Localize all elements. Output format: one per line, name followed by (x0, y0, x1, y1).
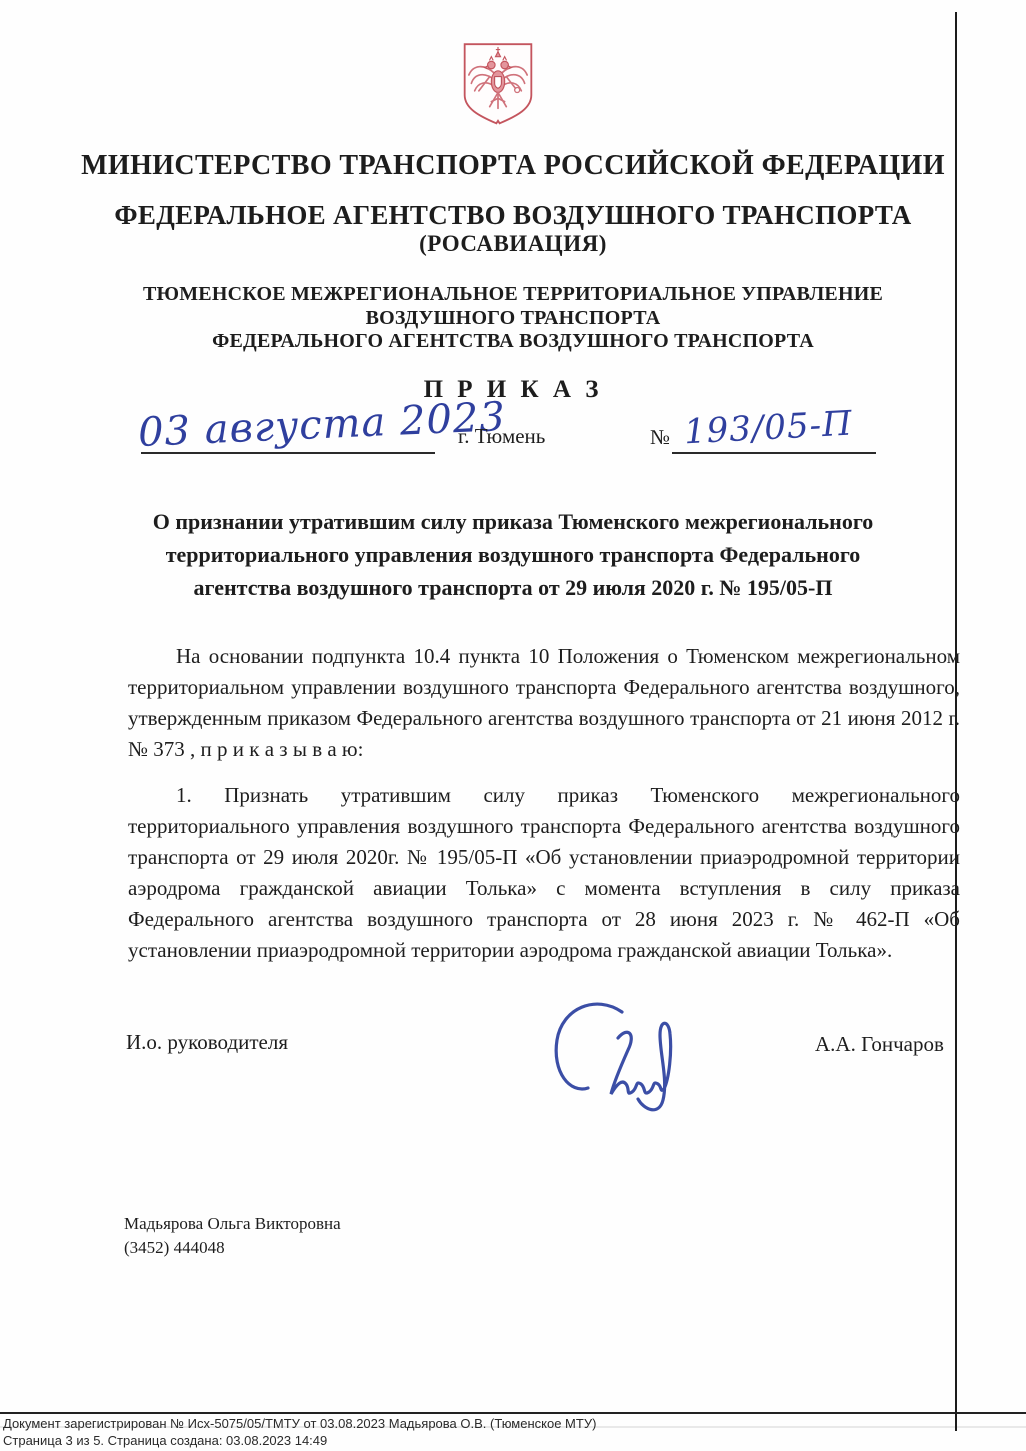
order-title-line1: О признании утратившим силу приказа Тюме… (0, 505, 1026, 538)
department-name-line2: ВОЗДУШНОГО ТРАНСПОРТА (0, 307, 1026, 330)
order-number-handwritten: 193/05-П (683, 404, 854, 453)
executor-name: Мадьярова Ольга Викторовна (124, 1212, 341, 1236)
executor-contact: Мадьярова Ольга Викторовна (3452) 444048 (124, 1212, 341, 1260)
department-name-line1: ТЮМЕНСКОЕ МЕЖРЕГИОНАЛЬНОЕ ТЕРРИТОРИАЛЬНО… (0, 283, 1026, 306)
executor-phone: (3452) 444048 (124, 1236, 341, 1260)
order-body-paragraph-1: На основании подпункта 10.4 пункта 10 По… (128, 641, 960, 765)
russia-coat-of-arms-icon (456, 40, 540, 135)
scanned-order-document: МИНИСТЕРСТВО ТРАНСПОРТА РОССИЙСКОЙ ФЕДЕР… (0, 0, 1026, 1451)
date-underline (141, 452, 435, 454)
signer-position: И.о. руководителя (126, 1030, 288, 1055)
order-number-sign: № (650, 425, 670, 450)
number-underline (672, 452, 876, 454)
footer-page-line: Страница 3 из 5. Страница создана: 03.08… (3, 1432, 596, 1449)
order-title-line2: территориального управления воздушного т… (0, 538, 1026, 571)
order-body-paragraph-2: 1. Признать утратившим силу приказ Тюмен… (128, 780, 960, 966)
order-title-line3: агентства воздушного транспорта от 29 ию… (0, 571, 1026, 604)
agency-abbreviation: (РОСАВИАЦИЯ) (0, 231, 1026, 257)
scan-artifact-line (955, 12, 957, 1431)
footer: Документ зарегистрирован № Исх-5075/05/Т… (3, 1415, 596, 1449)
department-name-line3: ФЕДЕРАЛЬНОГО АГЕНТСТВА ВОЗДУШНОГО ТРАНСП… (0, 330, 1026, 353)
agency-title: ФЕДЕРАЛЬНОЕ АГЕНТСТВО ВОЗДУШНОГО ТРАНСПО… (0, 200, 1026, 231)
order-heading: П Р И К А З (0, 376, 1026, 404)
signer-name: А.А. Гончаров (815, 1032, 944, 1057)
footer-divider (0, 1412, 1026, 1414)
footer-registration-line: Документ зарегистрирован № Исх-5075/05/Т… (3, 1415, 596, 1432)
ministry-title: МИНИСТЕРСТВО ТРАНСПОРТА РОССИЙСКОЙ ФЕДЕР… (0, 150, 1026, 182)
order-city: г. Тюмень (458, 424, 545, 449)
handwritten-signature-icon (522, 992, 692, 1122)
